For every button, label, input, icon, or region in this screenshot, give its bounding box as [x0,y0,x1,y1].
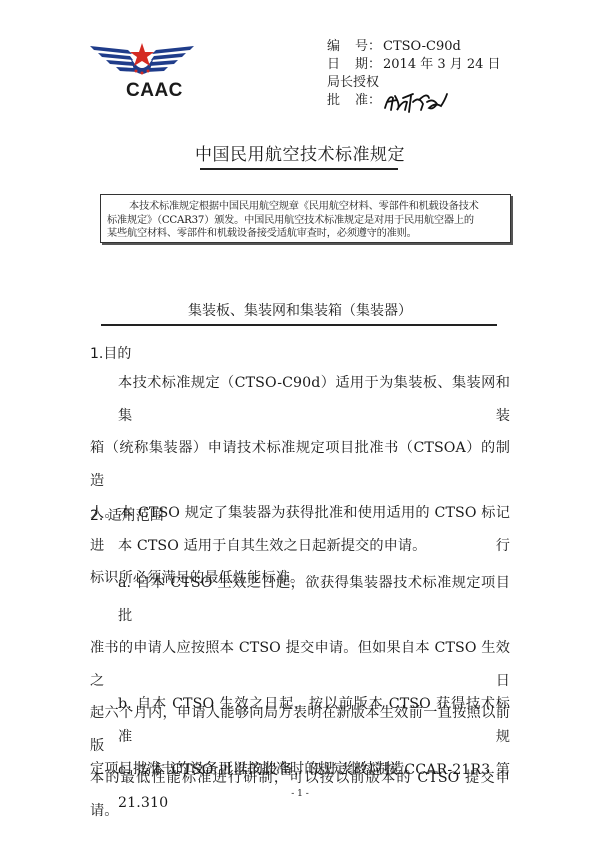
section-heading-scope: 2. 适用范围 [90,505,164,525]
meta-value-date: 2014 年 3 月 24 日 [383,56,501,74]
paragraph-line: a. 自本 CTSO 生效之日起，欲获得集装器技术标准规定项目批 [90,567,510,632]
meta-value-number: CTSO-C90d [383,38,461,56]
meta-row-approval: 批 准： [327,92,501,110]
subject-divider [101,324,497,326]
document-meta: 编 号： CTSO-C90d 日 期： 2014 年 3 月 24 日 局长授权… [327,38,501,110]
notice-line-3: 某些航空材料、零部件和机载设备接受适航审查时，必须遵守的准则。 [107,227,505,241]
page-number: - 1 - [0,789,600,799]
section-scope-intro: 本 CTSO 适用于自其生效之日起新提交的申请。 [90,530,510,563]
paragraph-line: 本技术标准规定（CTSO-C90d）适用于为集装板、集装网和集装 [90,367,510,432]
logo-text: CAAC [126,80,183,102]
meta-label-authorization: 局长授权 [327,74,383,92]
paragraph-line: 本 CTSO 适用于自其生效之日起新提交的申请。 [90,530,510,563]
meta-label-approval: 批 准： [327,92,381,110]
meta-row-date: 日 期： 2014 年 3 月 24 日 [327,56,501,74]
scope-item-c: c. 按本 CTSO 批准的设备，设计大改应按 CCAR-21R3 第 21.3… [90,754,510,819]
caac-wings-star-icon [88,40,196,80]
paragraph-line: c. 按本 CTSO 批准的设备，设计大改应按 CCAR-21R3 第 21.3… [90,754,510,819]
meta-label-date: 日 期： [327,56,381,74]
title-divider [200,168,398,170]
notice-line-1: 本技术标准规定根据中国民用航空规章《民用航空材料、零部件和机载设备技术 [107,200,505,214]
document-title: 中国民用航空技术标准规定 [0,140,600,165]
notice-box: 本技术标准规定根据中国民用航空规章《民用航空材料、零部件和机载设备技术 标准规定… [100,194,511,243]
signature-image [383,90,449,112]
subject-title: 集装板、集装网和集装箱（集装器） [0,300,600,320]
meta-row-number: 编 号： CTSO-C90d [327,38,501,56]
paragraph-line: b. 自本 CTSO 生效之日起，按以前版本 CTSO 获得技术标准规 [90,688,510,753]
section-heading-purpose: 1.目的 [90,343,131,363]
notice-line-2: 标准规定》（CCAR37）颁发。中国民用航空技术标准规定是对用于民用航空器上的 [107,214,505,228]
meta-label-number: 编 号： [327,38,381,56]
paragraph-line: 箱（统称集装器）申请技术标准规定项目批准书（CTSOA）的制造 [90,432,510,497]
